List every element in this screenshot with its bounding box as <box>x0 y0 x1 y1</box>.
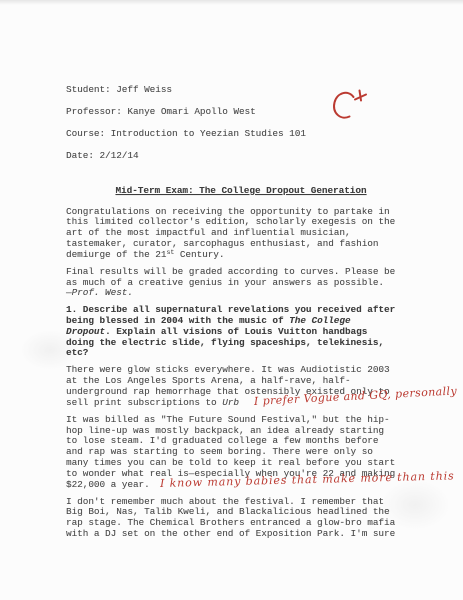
intro-paragraph: Congratulations on receiving the opportu… <box>66 207 416 261</box>
date-line: Date: 2/12/14 <box>66 151 416 162</box>
course-line: Course: Introduction to Yeezian Studies … <box>66 129 416 140</box>
question-1: 1. Describe all supernatural revelations… <box>66 305 416 359</box>
answer-paragraph-3: I don't remember much about the festival… <box>66 497 416 540</box>
exam-title: Mid-Term Exam: The College Dropout Gener… <box>66 186 416 197</box>
scanned-exam-page: C+ Student: Jeff Weiss Professor: Kanye … <box>0 0 463 600</box>
grading-note-paragraph: Final results will be graded according t… <box>66 267 416 299</box>
student-line: Student: Jeff Weiss <box>66 85 416 96</box>
professor-line: Professor: Kanye Omari Apollo West <box>66 107 416 118</box>
scan-artifact-top-edge <box>0 0 463 5</box>
